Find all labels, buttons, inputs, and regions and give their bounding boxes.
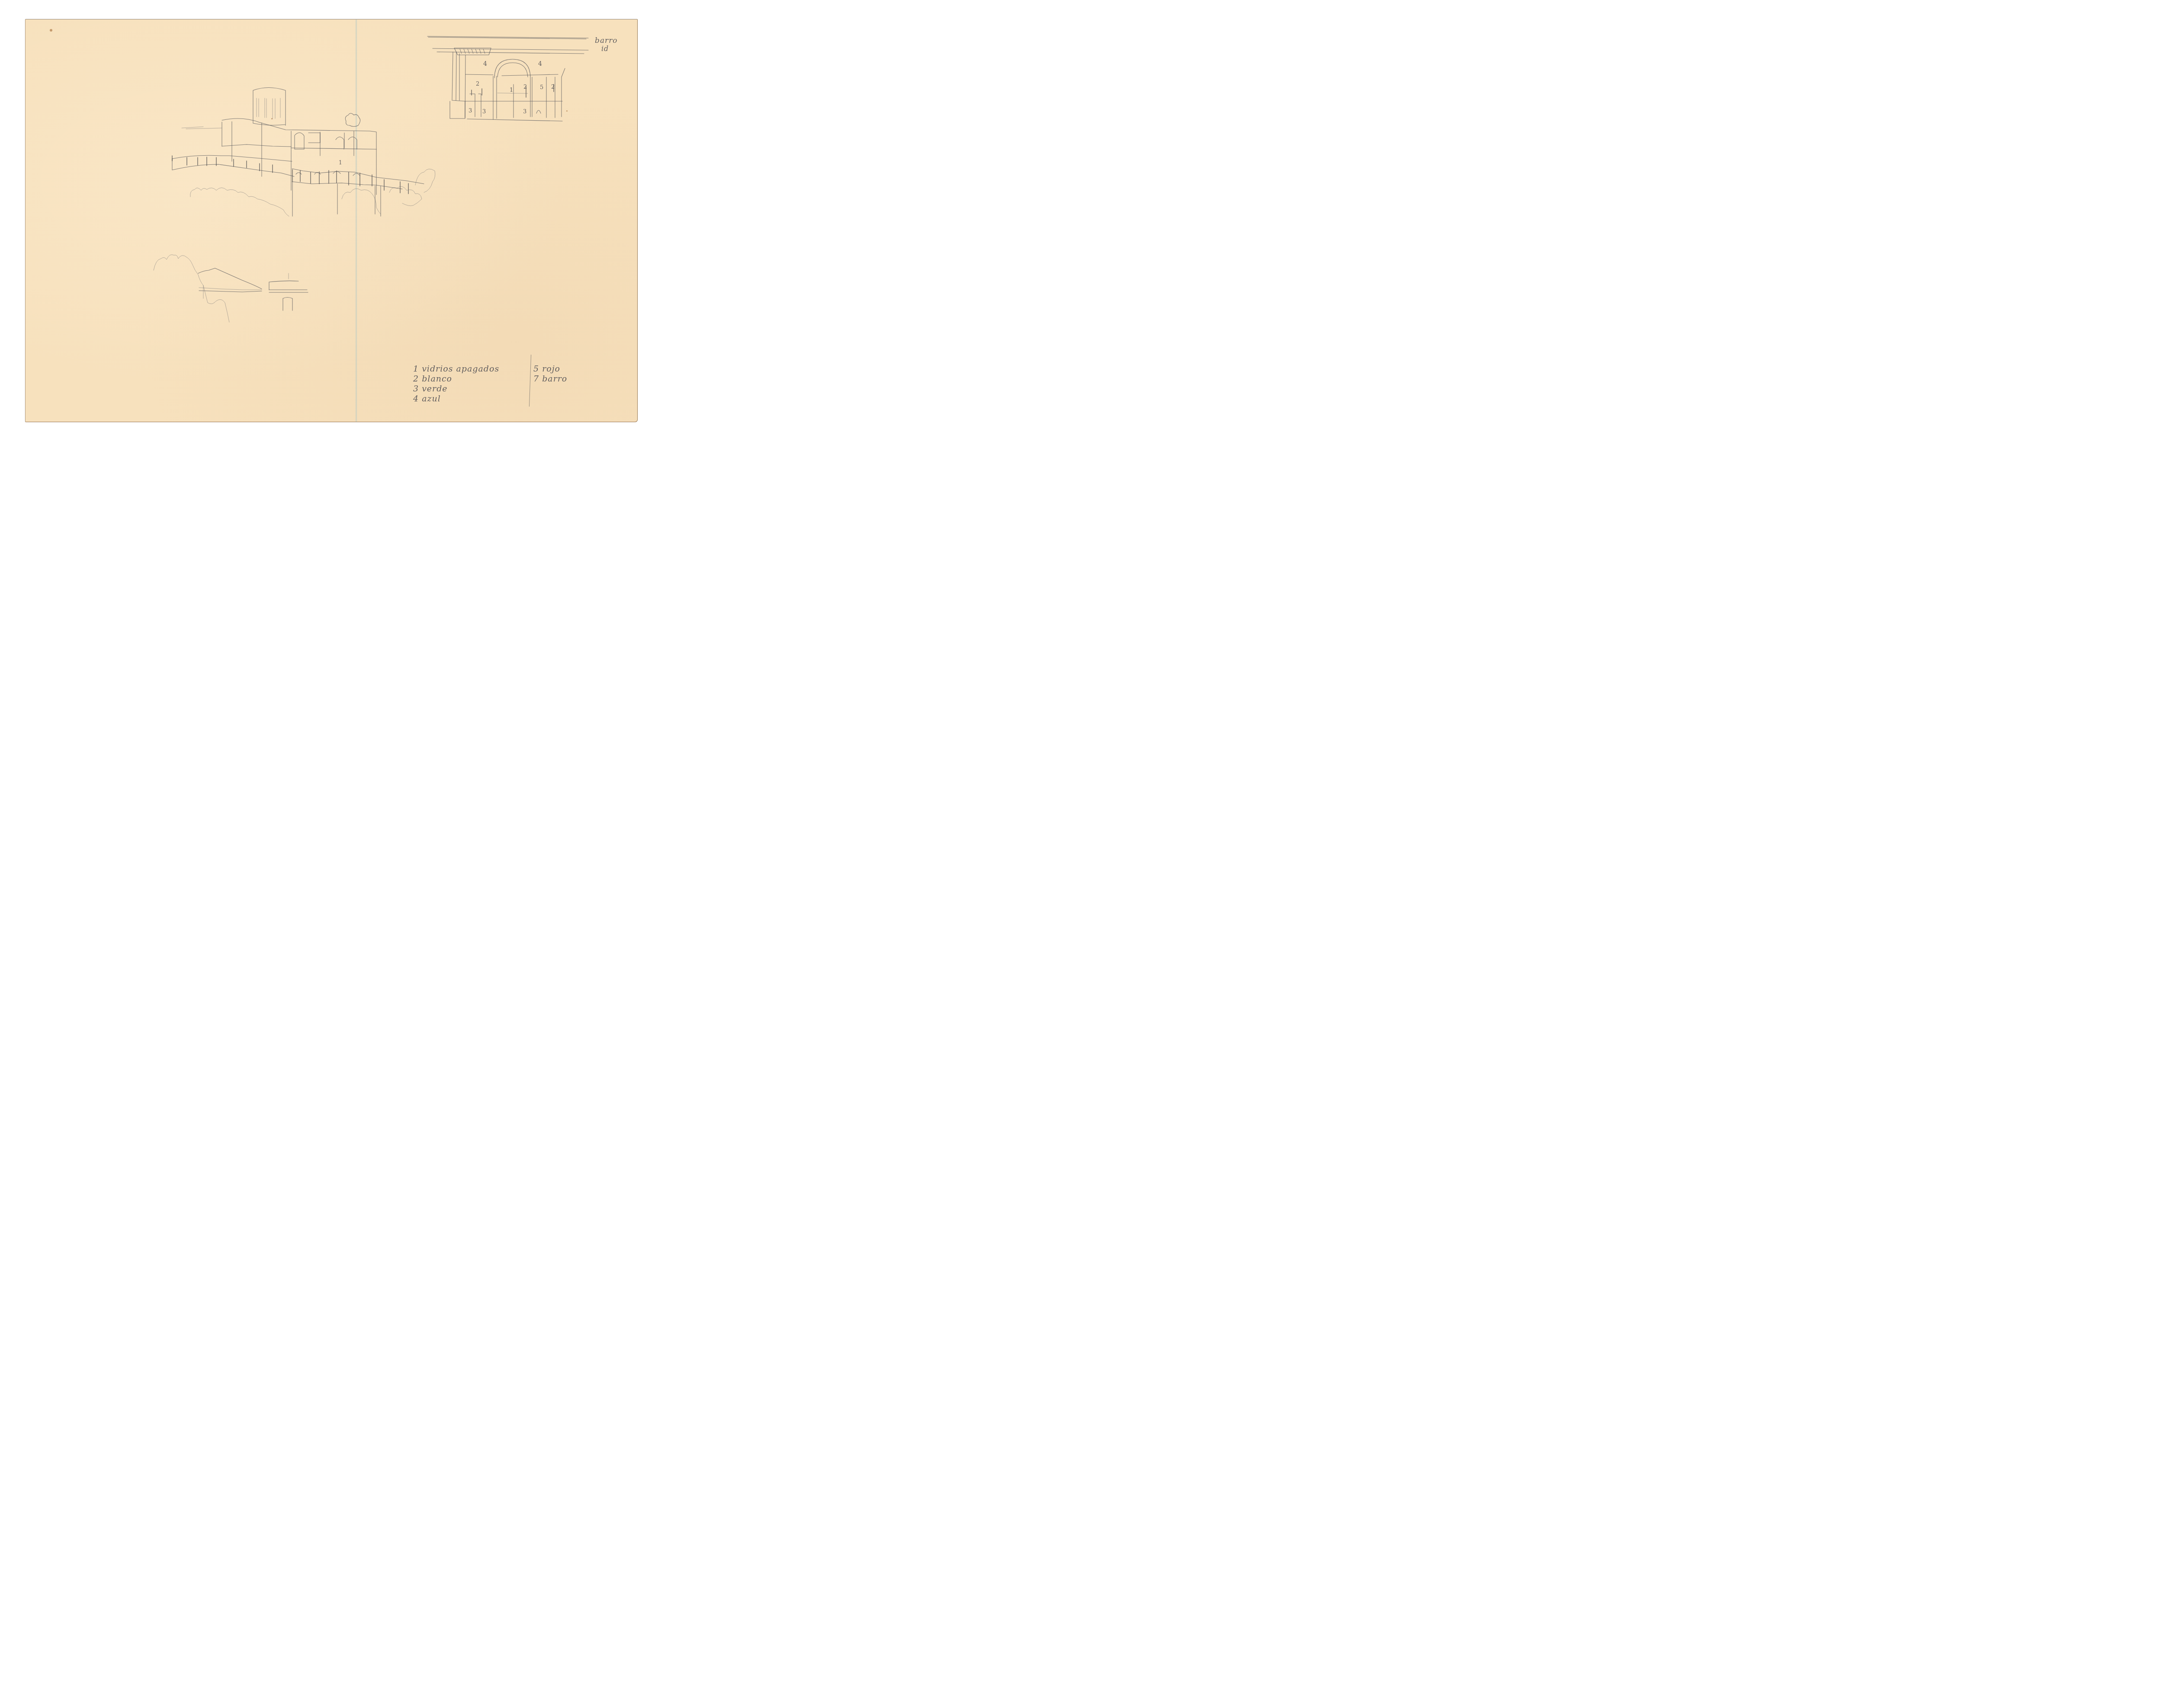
panel-number: 3 [469, 108, 472, 114]
panel-number: 4 [483, 61, 487, 67]
panel-number: 1 [510, 87, 513, 93]
color-key-row: 7 barro [533, 374, 567, 384]
color-key-number: 3 [413, 384, 419, 394]
color-key-number: 2 [413, 374, 419, 384]
panel-number: 3 [523, 109, 526, 115]
panel-number: 4 [538, 61, 542, 67]
color-key-number: 7 [533, 374, 539, 384]
building-sketch: 1 [172, 88, 435, 217]
color-key-text: vidrios apagados [422, 364, 499, 374]
color-key-text: blanco [422, 374, 452, 384]
panel-number: 2 [523, 84, 527, 90]
color-key-row: 4 azul [413, 394, 499, 404]
color-key-right: 5 rojo 7 barro [533, 364, 567, 384]
panel-number: 2 [476, 81, 479, 87]
wall-side-note-id: id [601, 45, 609, 53]
color-key-text: verde [422, 384, 447, 394]
building-annotation-number: 1 [339, 160, 342, 166]
panel-number: 5 [540, 84, 543, 91]
panel-number: 3 [482, 109, 486, 115]
color-key-row: 2 blanco [413, 374, 499, 384]
wall-side-note-barro: barro [595, 36, 618, 45]
panel-number: 2 [551, 84, 555, 90]
color-key-row: 1 vidrios apagados [413, 364, 499, 374]
sketch-drawings: 1 [0, 0, 640, 427]
color-key-row: 3 verde [413, 384, 499, 394]
color-key-left: 1 vidrios apagados 2 blanco 3 verde 4 az… [413, 364, 499, 404]
color-key-text: azul [422, 394, 441, 404]
color-key-text: barro [542, 374, 567, 384]
color-key-number: 4 [413, 394, 419, 404]
color-key-number: 5 [533, 364, 539, 374]
wall-elevation-sketch: 4 4 2 1 2 5 2 3 3 3 [427, 36, 588, 121]
color-key-number: 1 [413, 364, 419, 374]
landscape-sketch [154, 255, 308, 322]
color-key-text: rojo [542, 364, 560, 374]
color-key-row: 5 rojo [533, 364, 567, 374]
